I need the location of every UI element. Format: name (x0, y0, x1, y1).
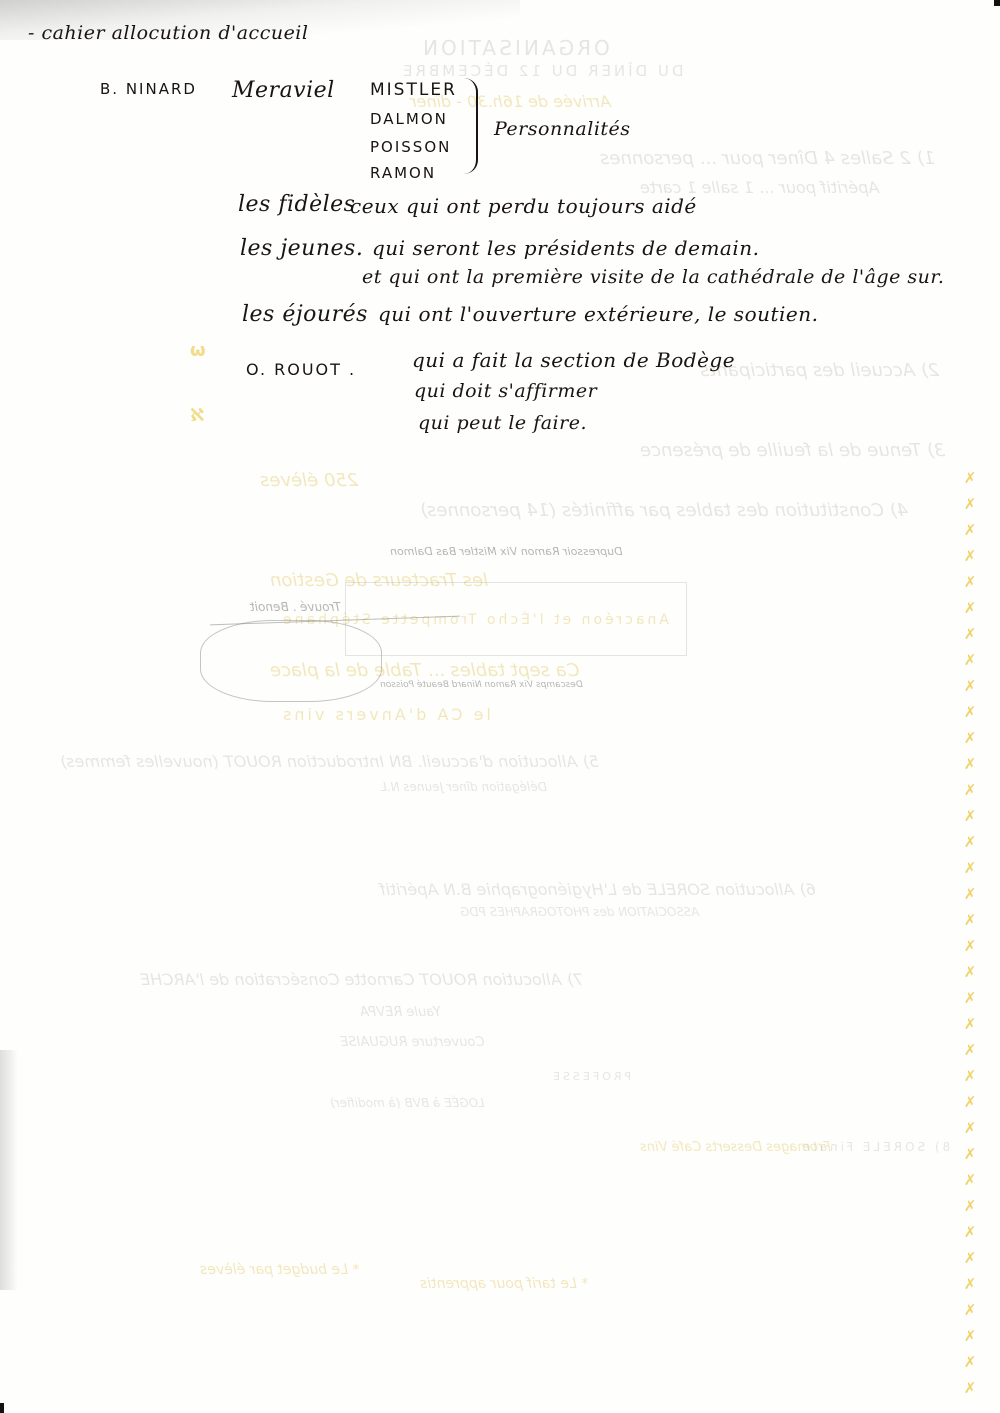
rouot-line: qui a fait la section de Bodège (412, 348, 735, 372)
highlighter-mark: ✗ (964, 808, 977, 824)
highlighter-mark: ✗ (964, 522, 977, 538)
bleed-line: LOGÉE à BVB (à modifier) (330, 1096, 484, 1110)
line-text: ceux qui ont perdu toujours aidé (350, 194, 697, 218)
group-name: MISTLER (370, 80, 457, 100)
highlighter-mark: ✗ (964, 782, 977, 798)
highlighter-mark: ℵ (190, 405, 204, 426)
scan-corner-mark (994, 0, 1000, 6)
line-label: les fidèles (238, 192, 355, 217)
highlighter-mark: ✗ (964, 1042, 977, 1058)
scan-edge-shadow (0, 1050, 18, 1290)
highlighter-mark: ✗ (964, 1146, 977, 1162)
highlighter-mark: ✗ (964, 860, 977, 876)
rouot-label: O. ROUOT . (246, 360, 356, 379)
bleed-line: PROFESSE (550, 1070, 631, 1083)
bleed-subtitle: DU DÎNER DU 12 DÉCEMBRE (400, 62, 683, 80)
bleed-line: Délégation dîner Jeunes N.L (380, 780, 547, 794)
name-meraviel: Meraviel (232, 78, 335, 103)
bleed-line: 3) Tenue de la feuille de présence (640, 440, 945, 461)
highlighter-mark: ✗ (964, 938, 977, 954)
name-ninard: B. NINARD (100, 80, 197, 98)
bleed-line: Descamps Vix Ramon Ninard Beauté Poisson (380, 680, 583, 690)
highlighter-mark: ✗ (964, 1354, 977, 1370)
line-text: qui seront les présidents de demain. (372, 236, 759, 260)
highlighter-mark: ✗ (964, 756, 977, 772)
group-name: DALMON (370, 110, 448, 128)
bleed-line: 4) Constitution des tables par affinités… (420, 500, 908, 521)
highlighter-mark: ✗ (964, 1276, 977, 1292)
bleed-line: 250 élèves (260, 470, 358, 491)
highlighter-mark: ✗ (964, 626, 977, 642)
bleed-line: 6) Allocution SORELE de L'Hygiénographie… (380, 880, 816, 899)
highlighter-mark: ✗ (964, 652, 977, 668)
bleed-line: Dupressoir Ramon Vix Mistler Bas Dalmon (390, 545, 623, 558)
margin-highlight-column: ✗✗✗✗✗✗✗✗✗✗✗✗✗✗✗✗✗✗✗✗✗✗✗✗✗✗✗✗✗✗✗✗✗✗✗✗ (955, 470, 985, 1396)
highlighter-mark: ✗ (964, 1302, 977, 1318)
highlighter-mark: ✗ (964, 1328, 977, 1344)
bleed-line: * Le budget par élèves (200, 1262, 359, 1278)
bleed-line: 2) Accueil des participants (700, 360, 939, 381)
highlighter-mark: ✗ (964, 600, 977, 616)
highlighter-mark: ✗ (964, 886, 977, 902)
highlighter-mark: ✗ (964, 548, 977, 564)
bleed-line: le CA d'Anvers vins (280, 705, 491, 724)
line-text: et qui ont la première visite de la cath… (362, 266, 944, 288)
highlighter-mark: ✗ (964, 1224, 977, 1240)
grouping-brace (462, 78, 478, 174)
highlighter-mark: ✗ (964, 730, 977, 746)
highlighter-mark: ✗ (964, 704, 977, 720)
line-text: qui ont l'ouverture extérieure, le souti… (378, 302, 819, 326)
scanned-page: ORGANISATION DU DÎNER DU 12 DÉCEMBRE Arr… (0, 0, 1000, 1413)
scan-corner-mark (0, 1403, 4, 1413)
bleed-line: Yaule REVPA (360, 1005, 441, 1020)
highlighter-mark: ✗ (964, 990, 977, 1006)
bleed-line: 5) Allocution d'accueil. BN Introduction… (60, 752, 599, 771)
group-label: Personnalités (494, 118, 631, 140)
bleed-title: ORGANISATION (420, 36, 610, 60)
highlighter-mark: ✗ (964, 1380, 977, 1396)
highlighter-mark: ω (190, 340, 206, 361)
highlighter-mark: ✗ (964, 1094, 977, 1110)
note-heading: - cahier allocution d'accueil (28, 22, 308, 44)
bleed-line: 7) Allocution ROUOT Carnotte Consécratio… (140, 970, 583, 989)
bleed-line: Couverture RUGUAISE (340, 1035, 484, 1050)
rouot-line: qui peut le faire. (418, 412, 587, 434)
bleed-line: ASSOCIATION des PHOTOGRAPHES PDG (460, 905, 699, 919)
highlighter-mark: ✗ (964, 574, 977, 590)
highlighter-mark: ✗ (964, 1172, 977, 1188)
highlighter-mark: ✗ (964, 470, 977, 486)
highlighter-mark: ✗ (964, 1250, 977, 1266)
highlighter-mark: ✗ (964, 1198, 977, 1214)
pencil-box (345, 582, 687, 656)
line-label: les jeunes. (240, 236, 363, 261)
highlighter-mark: ✗ (964, 678, 977, 694)
highlighter-mark: ✗ (964, 834, 977, 850)
line-label: les éjourés (242, 302, 368, 327)
highlighter-mark: ✗ (964, 496, 977, 512)
highlighter-mark: ✗ (964, 1016, 977, 1032)
highlighter-mark: ✗ (964, 1120, 977, 1136)
bleed-line: 1) 2 Salles 4 Dîner pour ... personnes (600, 148, 935, 169)
bleed-line: Fromages Desserts Café Vins (640, 1140, 831, 1155)
group-name: RAMON (370, 164, 436, 182)
highlighter-mark: ✗ (964, 912, 977, 928)
highlighter-mark: ✗ (964, 1068, 977, 1084)
rouot-line: qui doit s'affirmer (414, 380, 597, 402)
group-name: POISSON (370, 138, 451, 156)
highlighter-mark: ✗ (964, 964, 977, 980)
bleed-line: * Le tarif pour apprentis (420, 1276, 588, 1292)
